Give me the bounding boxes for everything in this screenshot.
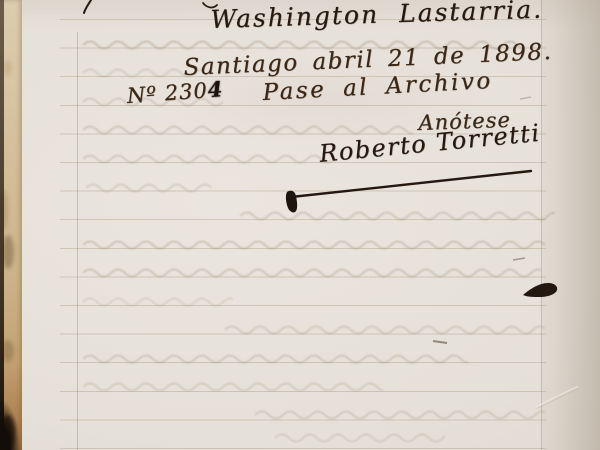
bleedthrough-line [240, 206, 555, 222]
bleedthrough-line [86, 178, 211, 194]
scanned-manuscript-photo: Washington Lastarria. Santiago abril 21 … [0, 0, 600, 450]
left-margin-line [77, 32, 78, 450]
photo-edge-shadow [0, 0, 4, 450]
bleedthrough-line [83, 377, 383, 393]
right-edge-shading [542, 0, 600, 450]
edge-stain [3, 60, 12, 76]
bleedthrough-line [83, 292, 233, 308]
bleedthrough-line [255, 405, 545, 421]
bleedthrough-line [275, 428, 445, 444]
cutoff-pen-stroke [84, 0, 91, 13]
bleedthrough-line [83, 349, 468, 365]
bleedthrough-line [83, 263, 541, 279]
bleedthrough-line [83, 120, 413, 136]
bottom-left-shadow [0, 400, 20, 450]
file-number-blotted-digit: 4 [207, 76, 224, 102]
bleedthrough-line [225, 320, 545, 336]
bleedthrough-line [83, 235, 545, 251]
manuscript-page: Washington Lastarria. Santiago abril 21 … [22, 0, 600, 450]
bleedthrough-line [83, 149, 333, 165]
